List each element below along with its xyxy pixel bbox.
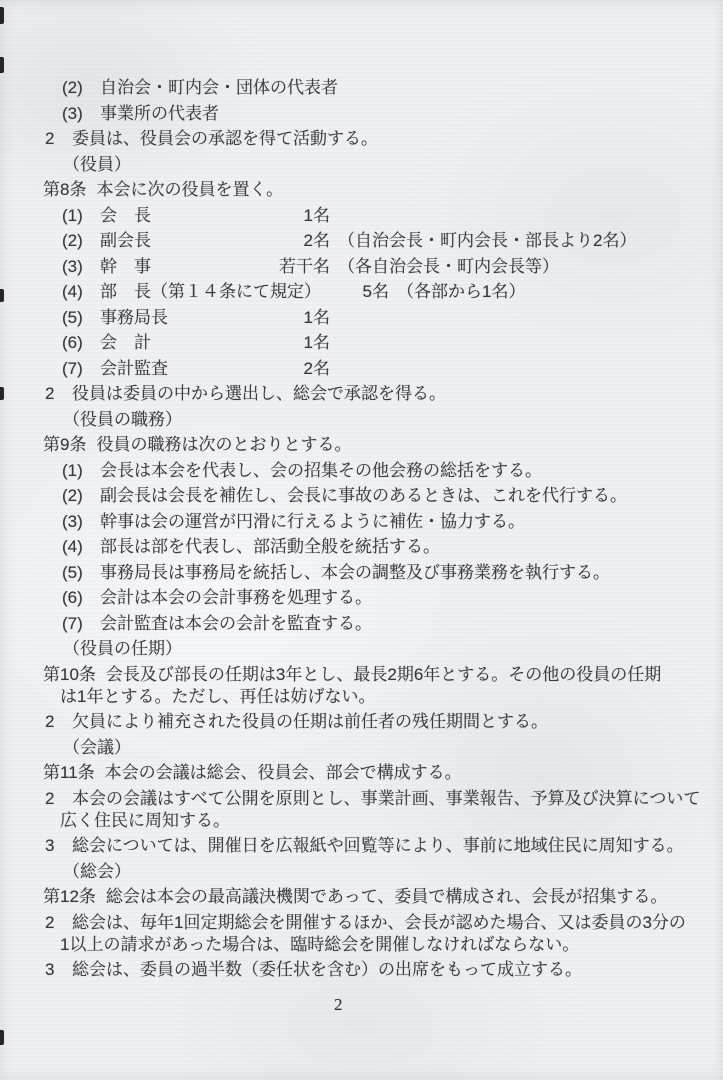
item-number: 第9条 bbox=[43, 435, 86, 454]
item-text: 総会については、開催日を広報紙や回覧等により、事前に地域住民に周知する。 bbox=[72, 836, 684, 855]
item-text: 本会の会議は総会、役員会、部会で構成する。 bbox=[105, 763, 462, 782]
text-line: 2委員は、役員会の承認を得て活動する。 bbox=[0, 128, 723, 150]
para-block: 2委員は、役員会の承認を得て活動する。 bbox=[0, 128, 723, 150]
item-number: (5) bbox=[62, 307, 100, 329]
item-text: 欠員により補充された役員の任期は前任者の残任期間とする。 bbox=[72, 712, 548, 731]
article-block: 第11条本会の会議は総会、役員会、部会で構成する。 bbox=[0, 762, 723, 784]
item-number: (4) bbox=[62, 536, 100, 558]
text-line: 2本会の会議はすべて公開を原則とし、事業計画、事業報告、予算及び決算について bbox=[0, 788, 723, 810]
text-line: 2総会は、毎年1回定期総会を開催するほか、会長が認めた場合、又は委員の3分の bbox=[0, 912, 723, 934]
role-title: 会 計 bbox=[100, 332, 262, 354]
heading-block: （役員の任期） bbox=[0, 638, 723, 660]
heading-block: （役員の職務） bbox=[0, 409, 723, 431]
item-text: 事務局長は事務局を統括し、本会の調整及び事務業務を執行する。 bbox=[100, 563, 610, 582]
item-text: 副会長は会長を補佐し、会長に事故のあるときは、これを代行する。 bbox=[100, 486, 627, 505]
sub-block: (7)会計監査は本会の会計を監査する。 bbox=[0, 613, 723, 635]
para-block: 2欠員により補充された役員の任期は前任者の残任期間とする。 bbox=[0, 711, 723, 733]
article-block: 第9条役員の職務は次のとおりとする。 bbox=[0, 434, 723, 456]
heading-block: （役員） bbox=[0, 154, 723, 176]
role-title: 幹 事 bbox=[100, 256, 262, 278]
item-text: 会長及び部長の任期は3年とし、最長2期6年とする。その他の役員の任期 bbox=[106, 665, 661, 684]
text-line: (2)自治会・町内会・団体の代表者 bbox=[0, 77, 723, 99]
para-block: 2本会の会議はすべて公開を原則とし、事業計画、事業報告、予算及び決算について広く… bbox=[0, 788, 723, 832]
role-title: 事務局長 bbox=[100, 307, 262, 329]
role-count: 1名 bbox=[262, 307, 330, 329]
section-heading: （総会） bbox=[63, 862, 131, 881]
role-count: 2名 bbox=[262, 230, 330, 252]
scan-artifact-mark bbox=[0, 7, 4, 24]
item-number: (5) bbox=[62, 562, 100, 584]
item-number: 2 bbox=[45, 912, 72, 934]
item-text: 役員は委員の中から選出し、総会で承認を得る。 bbox=[72, 384, 446, 403]
item-text: 自治会・町内会・団体の代表者 bbox=[100, 78, 338, 97]
role-block: (7)会計監査2名 bbox=[0, 358, 723, 380]
role-count: 1名 bbox=[262, 332, 330, 354]
item-text: 総会は本会の最高議決機関であって、委員で構成され、会長が招集する。 bbox=[106, 887, 668, 906]
role-title: 副会長 bbox=[100, 230, 262, 252]
item-number: 第12条 bbox=[43, 887, 96, 906]
item-number: 3 bbox=[45, 835, 72, 857]
item-number: 2 bbox=[45, 383, 72, 405]
text-line: (3)幹 事若干名（各自治会長・町内会長等） bbox=[0, 256, 723, 278]
text-line: 2欠員により補充された役員の任期は前任者の残任期間とする。 bbox=[0, 711, 723, 733]
text-line: (3)幹事は会の運営が円滑に行えるように補佐・協力する。 bbox=[0, 511, 723, 533]
role-count: 2名 bbox=[262, 358, 330, 380]
role-block: (4)部 長（第１４条にて規定）5名（各部から1名） bbox=[0, 281, 723, 303]
para-block: 3総会については、開催日を広報紙や回覧等により、事前に地域住民に周知する。 bbox=[0, 835, 723, 857]
role-block: (5)事務局長1名 bbox=[0, 307, 723, 329]
role-title: 会計監査 bbox=[100, 358, 262, 380]
article-block: 第12条総会は本会の最高議決機関であって、委員で構成され、会長が招集する。 bbox=[0, 886, 723, 908]
role-note: （自治会長・町内会長・部長より2名） bbox=[338, 231, 636, 250]
item-text: 幹事は会の運営が円滑に行えるように補佐・協力する。 bbox=[100, 512, 525, 531]
sub-block: (4)部長は部を代表し、部活動全般を統括する。 bbox=[0, 536, 723, 558]
page-number: 2 bbox=[334, 995, 343, 1015]
item-number: (7) bbox=[62, 613, 100, 635]
role-note: （各部から1名） bbox=[397, 282, 525, 301]
item-number: (4) bbox=[62, 281, 100, 303]
item-number: 2 bbox=[45, 711, 72, 733]
text-line: (3)事業所の代表者 bbox=[0, 103, 723, 125]
para-block: 2役員は委員の中から選出し、総会で承認を得る。 bbox=[0, 383, 723, 405]
section-heading: （役員） bbox=[63, 155, 131, 174]
item-text: 広く住民に周知する。 bbox=[60, 811, 230, 830]
text-line: (6)会 計1名 bbox=[0, 332, 723, 354]
scan-artifact-mark bbox=[0, 289, 4, 302]
role-note: （各自治会長・町内会長等） bbox=[338, 257, 559, 276]
role-block: (6)会 計1名 bbox=[0, 332, 723, 354]
text-line: 第9条役員の職務は次のとおりとする。 bbox=[0, 434, 723, 456]
item-number: (2) bbox=[62, 77, 100, 99]
text-line: 1以上の請求があった場合は、臨時総会を開催しなければならない。 bbox=[0, 934, 723, 956]
item-number: (2) bbox=[62, 485, 100, 507]
item-number: 3 bbox=[45, 959, 72, 981]
text-line: 第11条本会の会議は総会、役員会、部会で構成する。 bbox=[0, 762, 723, 784]
text-line: は1年とする。ただし、再任は妨げない。 bbox=[0, 686, 723, 708]
item-text: 部長は部を代表し、部活動全般を統括する。 bbox=[100, 537, 440, 556]
role-block: (3)幹 事若干名（各自治会長・町内会長等） bbox=[0, 256, 723, 278]
text-line: (2)副会長2名（自治会長・町内会長・部長より2名） bbox=[0, 230, 723, 252]
item-text: 会計監査は本会の会計を監査する。 bbox=[100, 614, 372, 633]
item-number: (3) bbox=[62, 511, 100, 533]
text-line: （総会） bbox=[0, 861, 723, 883]
item-number: 第10条 bbox=[43, 665, 96, 684]
item-text: 事業所の代表者 bbox=[100, 104, 219, 123]
sub-block: (1)会長は本会を代表し、会の招集その他会務の総括をする。 bbox=[0, 460, 723, 482]
item-number: (1) bbox=[62, 205, 100, 227]
item-number: 2 bbox=[45, 128, 72, 150]
item-text: 会長は本会を代表し、会の招集その他会務の総括をする。 bbox=[100, 461, 542, 480]
sub-block: (2)自治会・町内会・団体の代表者 bbox=[0, 77, 723, 99]
sub-block: (3)事業所の代表者 bbox=[0, 103, 723, 125]
article-block: 第10条会長及び部長の任期は3年とし、最長2期6年とする。その他の役員の任期は1… bbox=[0, 664, 723, 708]
item-number: (3) bbox=[62, 256, 100, 278]
sub-block: (5)事務局長は事務局を統括し、本会の調整及び事務業務を執行する。 bbox=[0, 562, 723, 584]
item-text: 委員は、役員会の承認を得て活動する。 bbox=[72, 129, 378, 148]
role-count: 若干名 bbox=[262, 256, 330, 278]
sub-block: (2)副会長は会長を補佐し、会長に事故のあるときは、これを代行する。 bbox=[0, 485, 723, 507]
scanned-page: (2)自治会・町内会・団体の代表者(3)事業所の代表者2委員は、役員会の承認を得… bbox=[0, 77, 723, 985]
item-number: (6) bbox=[62, 587, 100, 609]
item-number: (6) bbox=[62, 332, 100, 354]
item-number: (1) bbox=[62, 460, 100, 482]
text-line: (4)部 長（第１４条にて規定）5名（各部から1名） bbox=[0, 281, 723, 303]
scan-artifact-mark bbox=[0, 387, 4, 400]
role-count: 1名 bbox=[262, 205, 330, 227]
text-line: (1)会長は本会を代表し、会の招集その他会務の総括をする。 bbox=[0, 460, 723, 482]
item-text: 本会に次の役員を置く。 bbox=[96, 180, 283, 199]
para-block: 2総会は、毎年1回定期総会を開催するほか、会長が認めた場合、又は委員の3分の1以… bbox=[0, 912, 723, 956]
text-line: 第8条本会に次の役員を置く。 bbox=[0, 179, 723, 201]
text-line: 第12条総会は本会の最高議決機関であって、委員で構成され、会長が招集する。 bbox=[0, 886, 723, 908]
item-number: 第8条 bbox=[43, 180, 86, 199]
section-heading: （役員の任期） bbox=[63, 639, 182, 658]
text-line: (5)事務局長1名 bbox=[0, 307, 723, 329]
item-number: (3) bbox=[62, 103, 100, 125]
section-heading: （役員の職務） bbox=[63, 410, 182, 429]
item-text: は1年とする。ただし、再任は妨げない。 bbox=[60, 687, 375, 706]
section-heading: （会議） bbox=[63, 738, 131, 757]
scan-artifact-mark bbox=[0, 57, 4, 73]
text-line: 3総会については、開催日を広報紙や回覧等により、事前に地域住民に周知する。 bbox=[0, 835, 723, 857]
item-text: 本会の会議はすべて公開を原則とし、事業計画、事業報告、予算及び決算について bbox=[72, 789, 700, 808]
text-line: (5)事務局長は事務局を統括し、本会の調整及び事務業務を執行する。 bbox=[0, 562, 723, 584]
text-line: （役員） bbox=[0, 154, 723, 176]
role-count: 5名 bbox=[321, 281, 389, 303]
role-block: (1)会 長1名 bbox=[0, 205, 723, 227]
item-text: 総会は、委員の過半数（委任状を含む）の出席をもって成立する。 bbox=[72, 960, 582, 979]
heading-block: （総会） bbox=[0, 861, 723, 883]
scan-artifact-mark bbox=[0, 1030, 4, 1045]
text-line: （役員の任期） bbox=[0, 638, 723, 660]
text-line: (1)会 長1名 bbox=[0, 205, 723, 227]
text-line: 3総会は、委員の過半数（委任状を含む）の出席をもって成立する。 bbox=[0, 959, 723, 981]
item-text: 総会は、毎年1回定期総会を開催するほか、会長が認めた場合、又は委員の3分の bbox=[72, 913, 686, 932]
sub-block: (3)幹事は会の運営が円滑に行えるように補佐・協力する。 bbox=[0, 511, 723, 533]
item-number: (7) bbox=[62, 358, 100, 380]
text-line: (2)副会長は会長を補佐し、会長に事故のあるときは、これを代行する。 bbox=[0, 485, 723, 507]
sub-block: (6)会計は本会の会計事務を処理する。 bbox=[0, 587, 723, 609]
item-text: 会計は本会の会計事務を処理する。 bbox=[100, 588, 372, 607]
article-block: 第8条本会に次の役員を置く。 bbox=[0, 179, 723, 201]
text-line: 2役員は委員の中から選出し、総会で承認を得る。 bbox=[0, 383, 723, 405]
role-title: 会 長 bbox=[100, 205, 262, 227]
item-number: (2) bbox=[62, 230, 100, 252]
item-number: 第11条 bbox=[43, 763, 95, 782]
text-line: (7)会計監査2名 bbox=[0, 358, 723, 380]
heading-block: （会議） bbox=[0, 737, 723, 759]
role-title: 部 長（第１４条にて規定） bbox=[100, 281, 321, 303]
item-text: 1以上の請求があった場合は、臨時総会を開催しなければならない。 bbox=[60, 935, 579, 954]
text-line: (6)会計は本会の会計事務を処理する。 bbox=[0, 587, 723, 609]
text-line: (4)部長は部を代表し、部活動全般を統括する。 bbox=[0, 536, 723, 558]
text-line: 第10条会長及び部長の任期は3年とし、最長2期6年とする。その他の役員の任期 bbox=[0, 664, 723, 686]
text-line: (7)会計監査は本会の会計を監査する。 bbox=[0, 613, 723, 635]
text-line: （会議） bbox=[0, 737, 723, 759]
text-line: （役員の職務） bbox=[0, 409, 723, 431]
item-number: 2 bbox=[45, 788, 72, 810]
role-block: (2)副会長2名（自治会長・町内会長・部長より2名） bbox=[0, 230, 723, 252]
para-block: 3総会は、委員の過半数（委任状を含む）の出席をもって成立する。 bbox=[0, 959, 723, 981]
item-text: 役員の職務は次のとおりとする。 bbox=[96, 435, 351, 454]
text-line: 広く住民に周知する。 bbox=[0, 810, 723, 832]
